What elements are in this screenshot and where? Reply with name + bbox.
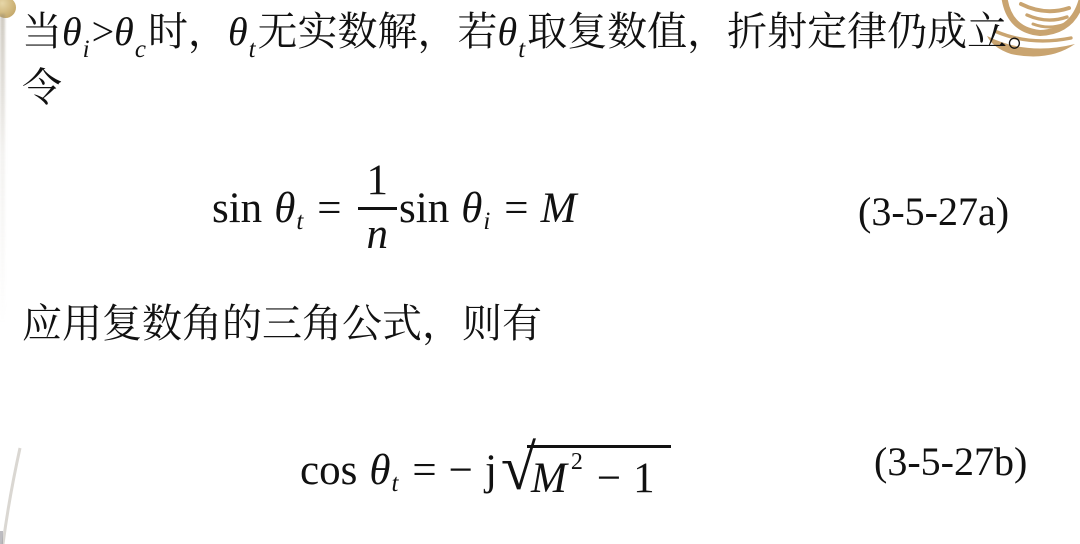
equation-b-number: (3-5-27b) xyxy=(874,438,1027,485)
slide: 当θi>θc时，θt无实数解，若θt取复数值，折射定律仍成立。 令 sinθt=… xyxy=(0,0,1080,544)
paragraph-intro-line2: 令 xyxy=(22,64,62,112)
paragraph-middle: 应用复数角的三角公式，则有 xyxy=(22,300,542,348)
equation-a: sinθt=1nsinθi=M xyxy=(212,142,576,274)
equation-b: cosθt=−j√M2−1 xyxy=(300,428,671,512)
bottom-left-corner-mark xyxy=(0,531,3,544)
equation-a-number: (3-5-27a) xyxy=(858,188,1009,235)
paragraph-intro-line1: 当θi>θc时，θt无实数解，若θt取复数值，折射定律仍成立。 xyxy=(22,8,1047,62)
left-edge-streak-decoration xyxy=(0,14,5,324)
left-edge-swoosh-decoration xyxy=(0,378,42,544)
